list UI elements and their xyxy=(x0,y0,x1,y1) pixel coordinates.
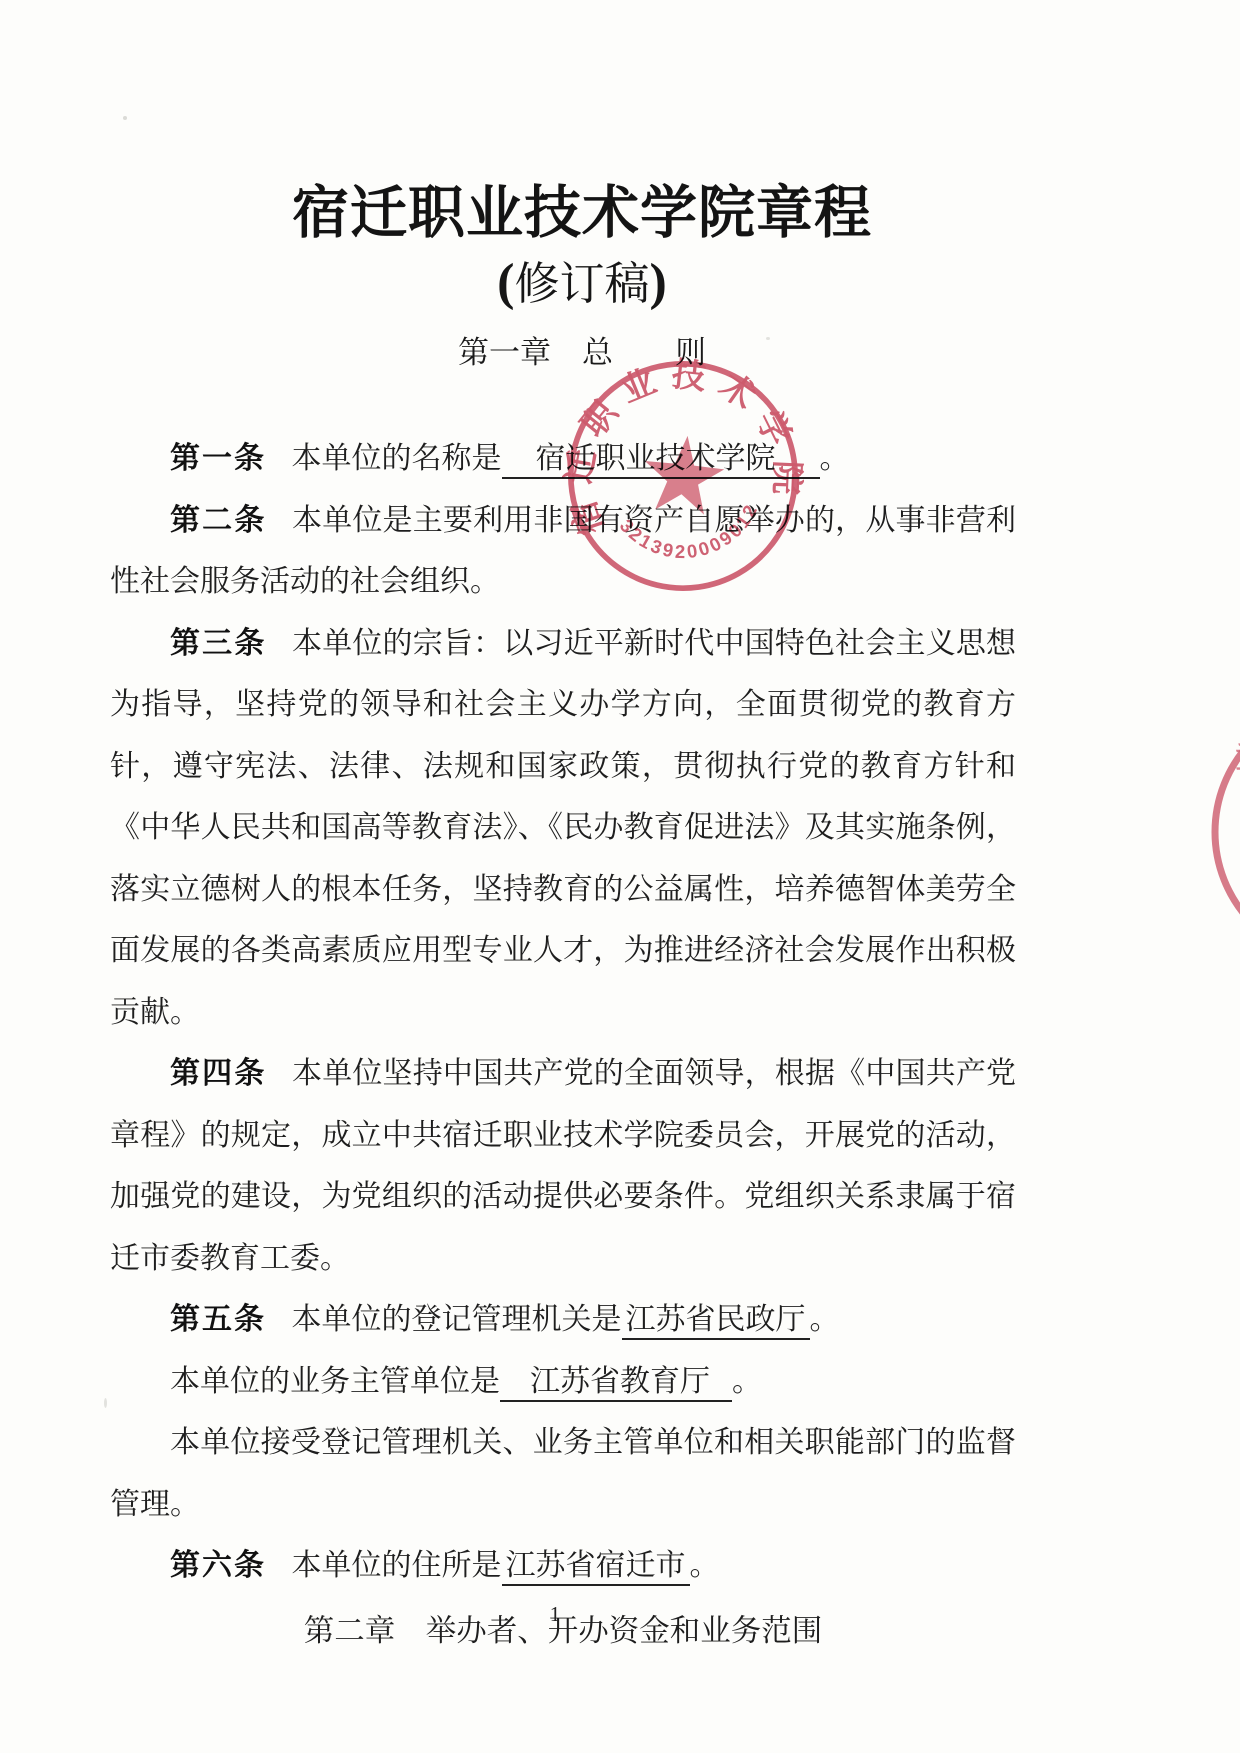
document-title: 宿迁职业技术学院章程 xyxy=(118,180,1046,248)
article-list: 第一条本单位的名称是宿迁职业技术学院。第二条本单位是主要利用非国有资产自愿举办的… xyxy=(110,428,1016,1662)
article-label: 第六条 xyxy=(170,1549,266,1582)
subtitle-text: 修订稿 xyxy=(514,259,649,309)
article-text: 本单位接受登记管理机关、业务主管单位和相关职能部门的监督管理。 xyxy=(110,1426,1016,1521)
document-header: 宿迁职业技术学院章程 (修订稿) 第一章 总 则 xyxy=(118,180,1046,373)
underlined-field: 江苏省宿迁市 xyxy=(502,1549,690,1586)
article-text: 本单位的住所是 xyxy=(292,1549,502,1582)
subtitle-close-paren: ) xyxy=(650,254,667,311)
scan-speck xyxy=(104,1398,107,1408)
article-paragraph: 第四条本单位坚持中国共产党的全面领导，根据《中国共产党章程》的规定，成立中共宿迁… xyxy=(110,1043,1016,1289)
article-paragraph: 本单位的业务主管单位是江苏省教育厅。 xyxy=(110,1351,1016,1413)
document-page: 宿迁职业技术学院章程 (修订稿) 第一章 总 则 第一条本单位的名称是宿迁职业技… xyxy=(0,0,1240,1753)
article-paragraph: 第五条本单位的登记管理机关是江苏省民政厅。 xyxy=(110,1289,1016,1351)
subtitle-open-paren: ( xyxy=(497,254,514,311)
article-text: 本单位的登记管理机关是 xyxy=(292,1303,622,1336)
partial-seal-fragment: 章 xyxy=(1235,738,1240,781)
partial-seal: 章 ⺍ xyxy=(1205,692,1240,992)
article-text: 。 xyxy=(732,1365,762,1398)
underlined-field: 江苏省民政厅 xyxy=(622,1303,810,1340)
document-subtitle: (修订稿) xyxy=(118,252,1046,315)
article-text: 。 xyxy=(690,1549,720,1582)
seal-star-icon xyxy=(640,432,727,516)
page-number: 1 xyxy=(110,1602,1000,1627)
article-text: 。 xyxy=(810,1303,840,1336)
article-text: 本单位的宗旨：以习近平新时代中国特色社会主义思想为指导，坚持党的领导和社会主义办… xyxy=(110,627,1016,1029)
article-label: 第四条 xyxy=(170,1057,267,1090)
article-label: 第五条 xyxy=(170,1303,266,1336)
official-seal: 宿迁职业技术学院 3213920009012 xyxy=(562,354,804,598)
article-text: 本单位的业务主管单位是 xyxy=(170,1365,500,1398)
underlined-field: 江苏省教育厅 xyxy=(500,1365,732,1402)
article-text: 本单位的名称是 xyxy=(292,442,502,475)
article-paragraph: 第六条本单位的住所是江苏省宿迁市。 xyxy=(110,1535,1016,1597)
article-label: 第一条 xyxy=(170,442,266,475)
seal-number: 3213920009012 xyxy=(614,497,768,572)
article-label: 第三条 xyxy=(170,627,267,660)
article-text: 。 xyxy=(820,442,850,475)
article-paragraph: 本单位接受登记管理机关、业务主管单位和相关职能部门的监督管理。 xyxy=(110,1412,1016,1535)
scan-speck xyxy=(123,116,127,120)
article-label: 第二条 xyxy=(170,504,267,537)
article-paragraph: 第三条本单位的宗旨：以习近平新时代中国特色社会主义思想为指导，坚持党的领导和社会… xyxy=(110,613,1016,1044)
